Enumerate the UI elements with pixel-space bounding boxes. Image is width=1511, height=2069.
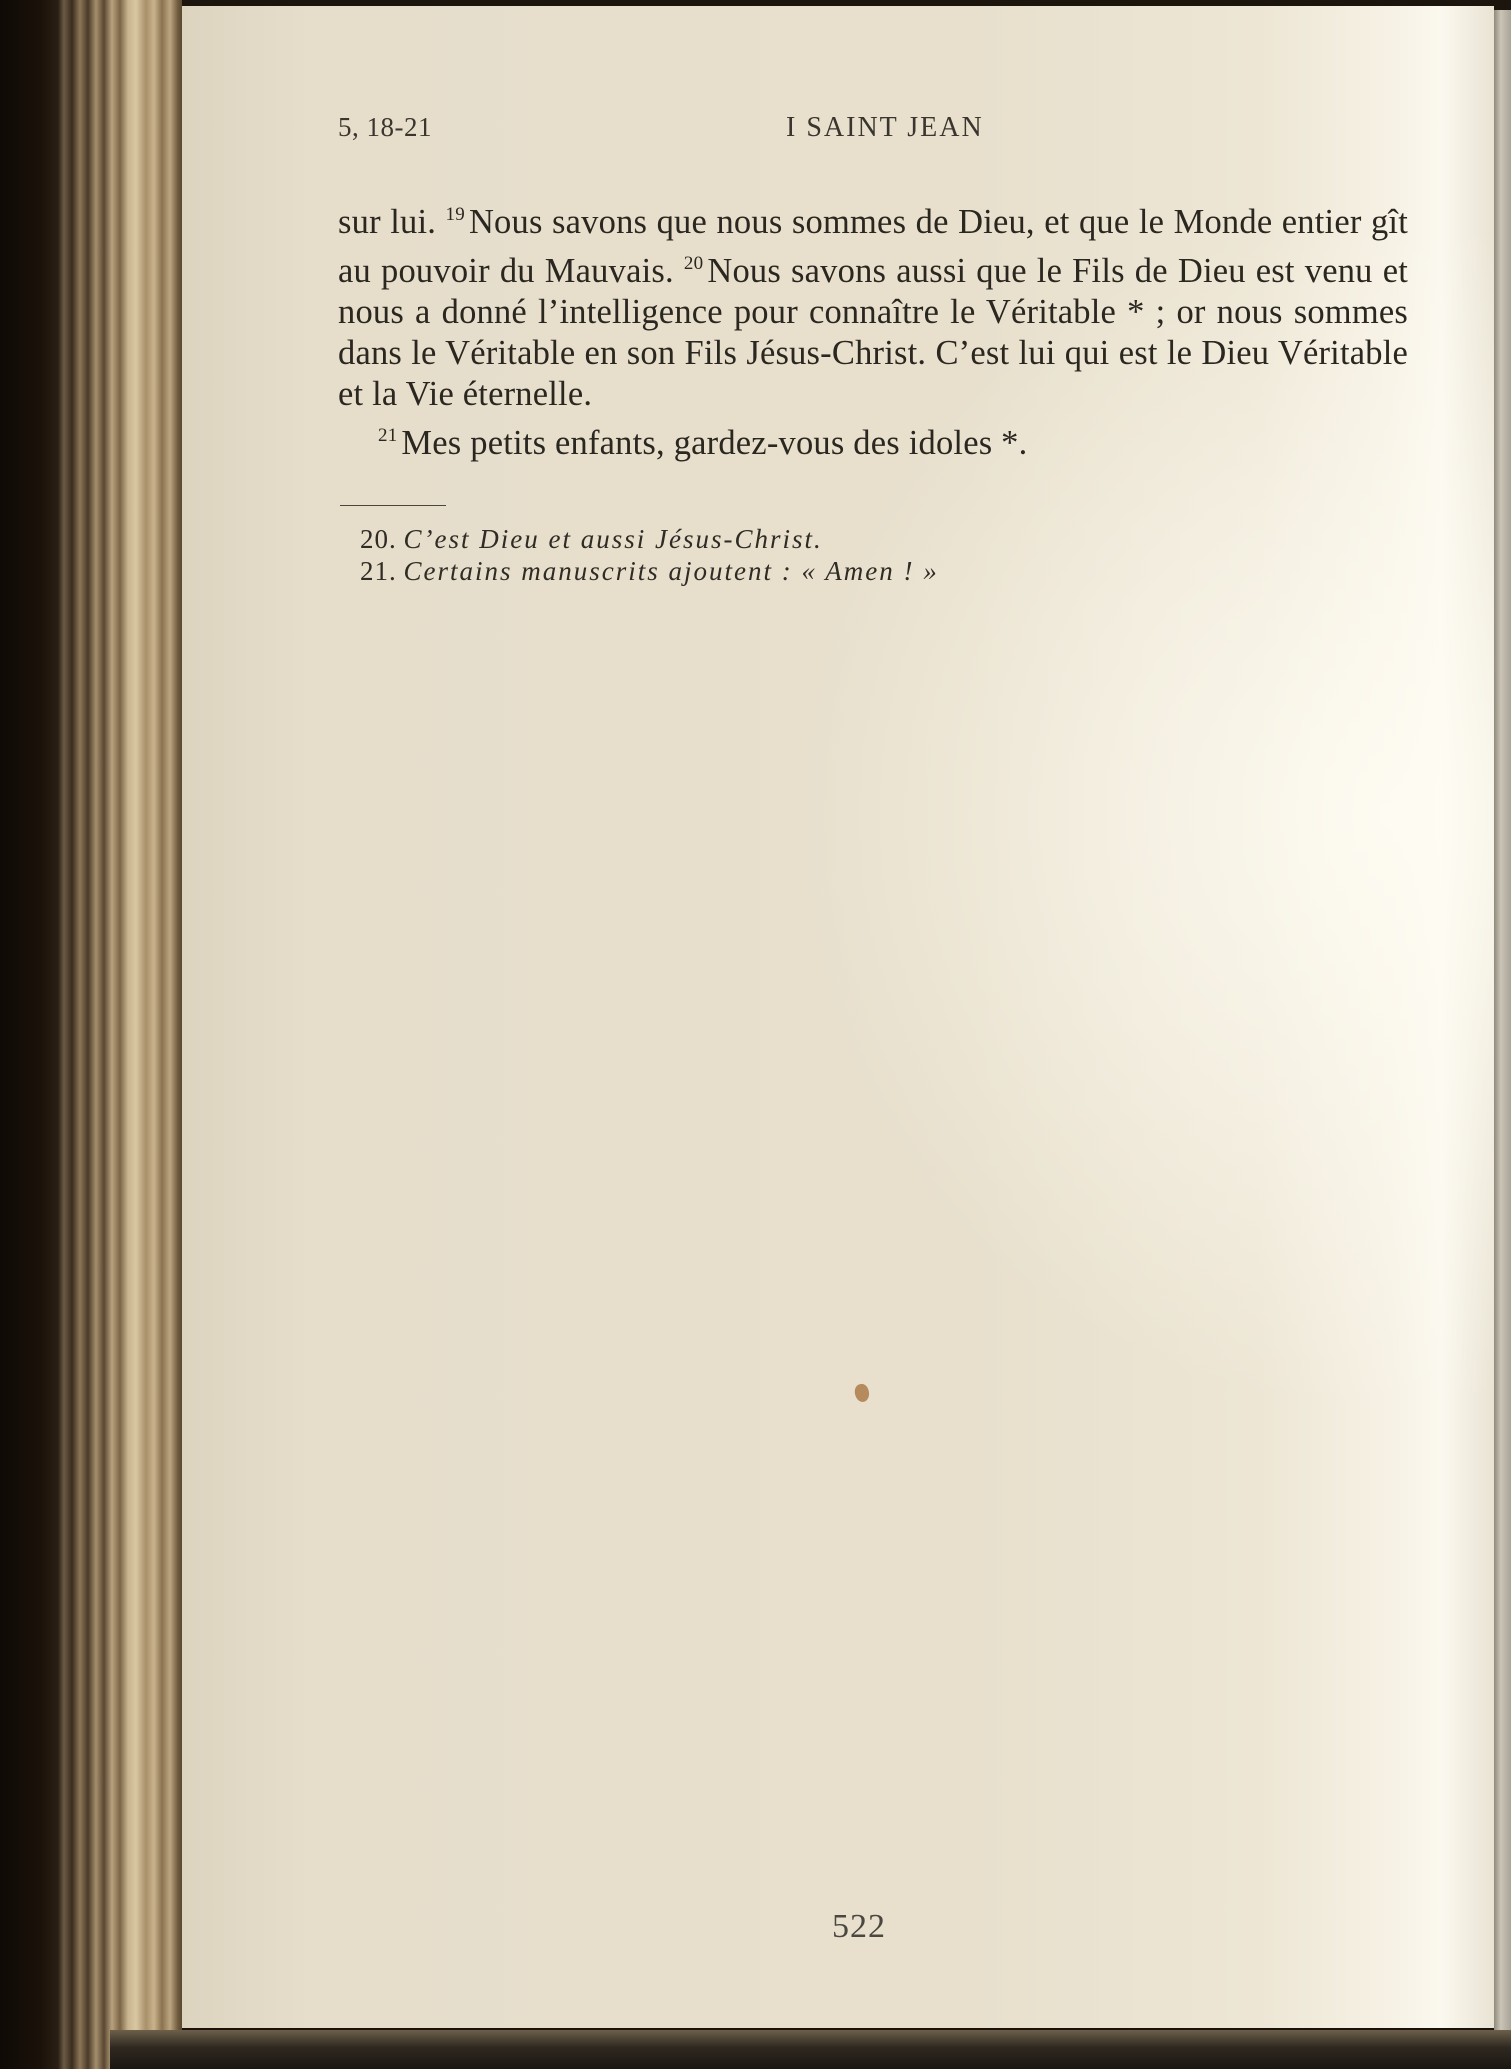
footnote: 21. Certains manuscrits ajoutent : « Ame… (360, 555, 939, 587)
footnote-text: C’est Dieu et aussi Jésus-Christ. (404, 524, 823, 554)
paragraph: sur lui. 19Nous savons que nous sommes d… (338, 194, 1408, 415)
footnote-number: 20. (360, 524, 397, 554)
page-gutter-strip (1494, 10, 1511, 2030)
text-run: Mes petits enfants, gardez-vous des idol… (401, 424, 1027, 462)
text-run: sur lui. (338, 203, 446, 241)
footnote-number: 21. (360, 556, 397, 586)
body-text: sur lui. 19Nous savons que nous sommes d… (338, 194, 1408, 464)
footnote: 20. C’est Dieu et aussi Jésus-Christ. (360, 523, 939, 555)
footnotes: 20. C’est Dieu et aussi Jésus-Christ. 21… (360, 523, 939, 587)
book-title: I SAINT JEAN (786, 112, 984, 144)
paragraph: 21Mes petits enfants, gardez-vous des id… (338, 415, 1408, 464)
footnote-separator (340, 505, 446, 506)
running-head: 5, 18-21 I SAINT JEAN (338, 112, 1008, 152)
page-number: 522 (832, 1908, 886, 1946)
chapter-verse-reference: 5, 18-21 (338, 112, 432, 143)
book-page-edges (0, 0, 182, 2069)
footnote-text: Certains manuscrits ajoutent : « Amen ! … (404, 556, 939, 586)
verse-number: 21 (378, 425, 397, 446)
bottom-shadow (110, 2030, 1511, 2069)
verse-number: 19 (446, 204, 465, 225)
verse-number: 20 (684, 253, 703, 274)
